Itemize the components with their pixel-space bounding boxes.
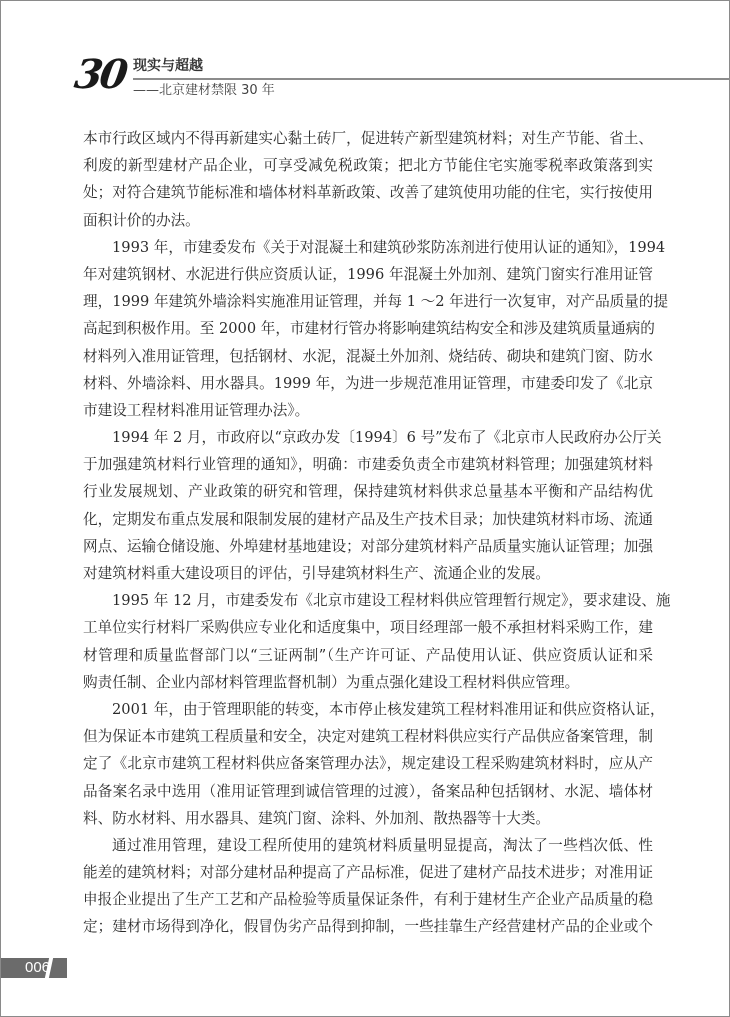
text-line: 1993 年，市建委发布《关于对混凝土和建筑砂浆防冻剂进行使用认证的通知》，19… <box>83 234 653 261</box>
page-number: 006 <box>25 958 65 978</box>
paragraph: 1994 年 2 月，市政府以“京政办发〔1994〕6 号”发布了《北京市人民政… <box>83 424 653 587</box>
text-line: 定；建材市场得到净化，假冒伪劣产品得到抑制，一些挂靠生产经营建材产品的企业或个 <box>83 913 653 940</box>
body-text: 本市行政区域内不得再新建实心黏土砖厂，促进转产新型建筑材料；对生产节能、省土、利… <box>83 125 653 941</box>
paragraph: 本市行政区域内不得再新建实心黏土砖厂，促进转产新型建筑材料；对生产节能、省土、利… <box>83 125 653 234</box>
paragraph: 2001 年，由于管理职能的转变，本市停止核发建筑工程材料准用证和供应资格认证，… <box>83 696 653 832</box>
text-line: 利废的新型建材产品企业，可享受减免税政策；把北方节能住宅实施零税率政策落到实 <box>83 152 653 179</box>
text-line: 对建筑材料重大建设项目的评估，引导建筑材料生产、流通企业的发展。 <box>83 560 653 587</box>
text-line: 工单位实行材料厂采购供应专业化和适度集中，项目经理部一般不承担材料采购工作，建 <box>83 614 653 641</box>
text-line: 购责任制、企业内部材料管理监督机制）为重点强化建设工程材料供应管理。 <box>83 669 653 696</box>
text-line: 能差的建筑材料；对部分建材品种提高了产品标准，促进了建材产品技术进步；对准用证 <box>83 859 653 886</box>
running-header: 30 现实与超越 ——北京建材禁限 30 年 <box>1 1 730 111</box>
book-subtitle: ——北京建材禁限 30 年 <box>133 82 275 100</box>
text-line: 网点、运输仓储设施、外埠建材基地建设；对部分建筑材料产品质量实施认证管理；加强 <box>83 533 653 560</box>
text-line: 市建设工程材料准用证管理办法》。 <box>83 397 653 424</box>
paragraph: 1993 年，市建委发布《关于对混凝土和建筑砂浆防冻剂进行使用认证的通知》，19… <box>83 234 653 424</box>
header-rule <box>133 78 730 80</box>
text-line: 处；对符合建筑节能标准和墙体材料革新政策、改善了建筑使用功能的住宅，实行按使用 <box>83 179 653 206</box>
paragraph: 通过准用管理，建设工程所使用的建筑材料质量明显提高，淘汰了一些档次低、性能差的建… <box>83 832 653 941</box>
text-line: 定了《北京市建筑工程材料供应备案管理办法》，规定建设工程采购建筑材料时，应从产 <box>83 750 653 777</box>
book-page: 30 现实与超越 ——北京建材禁限 30 年 本市行政区域内不得再新建实心黏土砖… <box>0 0 730 1017</box>
book-title: 现实与超越 <box>133 57 203 75</box>
text-line: 申报企业提出了生产工艺和产品检验等质量保证条件，有利于建材生产企业产品质量的稳 <box>83 886 653 913</box>
text-line: 2001 年，由于管理职能的转变，本市停止核发建筑工程材料准用证和供应资格认证， <box>83 696 653 723</box>
text-line: 材料列入准用证管理，包括钢材、水泥，混凝土外加剂、烧结砖、砌块和建筑门窗、防水 <box>83 343 653 370</box>
text-line: 品备案名录中选用（准用证管理到诚信管理的过渡），备案品种包括钢材、水泥、墙体材 <box>83 778 653 805</box>
text-line: 理，1999 年建筑外墙涂料实施准用证管理，并每 1 ～2 年进行一次复审，对产… <box>83 288 653 315</box>
text-line: 但为保证本市建筑工程质量和安全，决定对建筑工程材料供应实行产品供应备案管理，制 <box>83 723 653 750</box>
text-line: 于加强建筑材料行业管理的通知》，明确：市建委负责全市建筑材料管理；加强建筑材料 <box>83 451 653 478</box>
text-line: 高起到积极作用。至 2000 年，市建材行管办将影响建筑结构安全和涉及建筑质量通… <box>83 315 653 342</box>
text-line: 行业发展规划、产业政策的研究和管理，保持建筑材料供求总量基本平衡和产品结构优 <box>83 478 653 505</box>
text-line: 材料、外墙涂料、用水器具。1999 年，为进一步规范准用证管理，市建委印发了《北… <box>83 370 653 397</box>
text-line: 1994 年 2 月，市政府以“京政办发〔1994〕6 号”发布了《北京市人民政… <box>83 424 653 451</box>
header-number-logo: 30 <box>72 53 128 97</box>
text-line: 面积计价的办法。 <box>83 207 653 234</box>
text-line: 化，定期发布重点发展和限制发展的建材产品及生产技术目录；加快建筑材料市场、流通 <box>83 506 653 533</box>
text-line: 料、防水材料、用水器具、建筑门窗、涂料、外加剂、散热器等十大类。 <box>83 805 653 832</box>
text-line: 材管理和质量监督部门以“三证两制”（生产许可证、产品使用认证、供应资质认证和采 <box>83 642 653 669</box>
text-line: 1995 年 12 月，市建委发布《北京市建设工程材料供应管理暂行规定》，要求建… <box>83 587 653 614</box>
text-line: 年对建筑钢材、水泥进行供应资质认证，1996 年混凝土外加剂、建筑门窗实行准用证… <box>83 261 653 288</box>
paragraph: 1995 年 12 月，市建委发布《北京市建设工程材料供应管理暂行规定》，要求建… <box>83 587 653 696</box>
text-line: 通过准用管理，建设工程所使用的建筑材料质量明显提高，淘汰了一些档次低、性 <box>83 832 653 859</box>
text-line: 本市行政区域内不得再新建实心黏土砖厂，促进转产新型建筑材料；对生产节能、省土、 <box>83 125 653 152</box>
